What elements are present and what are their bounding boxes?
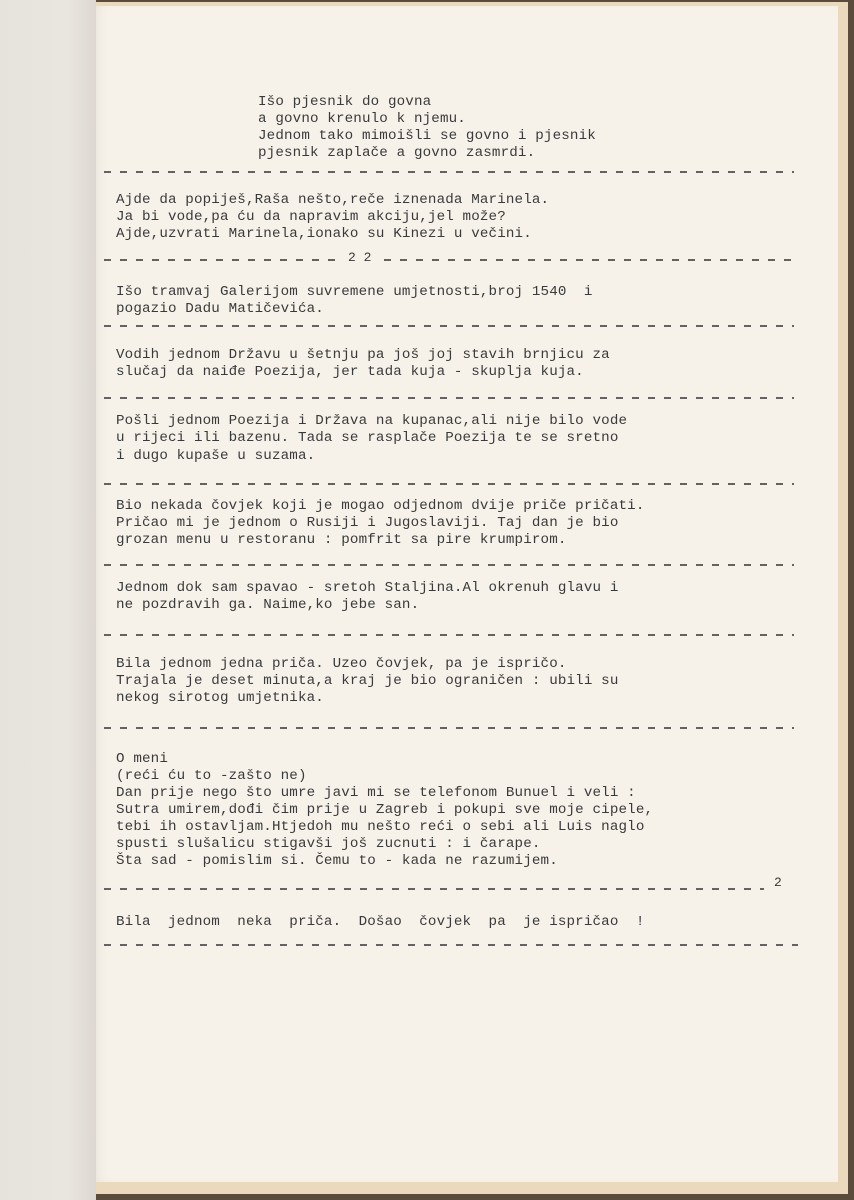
story-line: ne pozdravih ga. Naime,ko jebe san. — [116, 597, 419, 613]
story-line: Jednom dok sam spavao - sretoh Staljina.… — [116, 580, 619, 596]
poem-line: Jednom tako mimoišli se govno i pjesnik — [258, 128, 596, 144]
story-line: grozan menu u restoranu : pomfrit sa pir… — [116, 532, 567, 548]
story-line: Bila jednom jedna priča. Uzeo čovjek, pa… — [116, 656, 567, 672]
facing-page — [0, 0, 96, 1200]
story-line: Dan prije nego što umre javi mi se telef… — [116, 785, 636, 801]
story-line: Pričao mi je jednom o Rusiji i Jugoslavi… — [116, 515, 619, 531]
story-line: Išo tramvaj Galerijom suvremene umjetnos… — [116, 284, 593, 300]
story-line: tebi ih ostavljam.Htjedoh mu nešto reći … — [116, 819, 645, 835]
page-mark: 2 — [774, 876, 782, 890]
story-line: Bila jednom neka priča. Došao čovjek pa … — [116, 914, 645, 930]
separator — [104, 325, 794, 327]
separator — [104, 564, 794, 566]
story-line: u rijeci ili bazenu. Tada se rasplače Po… — [116, 430, 619, 446]
separator — [104, 259, 344, 261]
separator — [104, 634, 794, 636]
separator — [104, 397, 794, 399]
poem-line: Išo pjesnik do govna — [258, 94, 431, 110]
story-line: i dugo kupaše u suzama. — [116, 448, 315, 464]
story-line: Ja bi vode,pa ću da napravim akciju,jel … — [116, 209, 506, 225]
separator — [384, 259, 794, 261]
page-mark: 2 2 — [348, 251, 371, 265]
story-line: Trajala je deset minuta,a kraj je bio og… — [116, 673, 619, 689]
poem-line: pjesnik zaplače a govno zasmrdi. — [258, 145, 535, 161]
story-line: Ajde da popiješ,Raša nešto,reče iznenada… — [116, 192, 549, 208]
story-line: Bio nekada čovjek koji je mogao odjednom… — [116, 498, 645, 514]
story-line: Sutra umirem,dođi čim prije u Zagreb i p… — [116, 802, 653, 818]
story-title: O meni — [116, 751, 168, 767]
story-line: pogazio Dadu Matičevića. — [116, 301, 324, 317]
separator — [104, 727, 794, 729]
story-line: Ajde,uzvrati Marinela,ionako su Kinezi u… — [116, 226, 532, 242]
story-line: Šta sad - pomislim si. Čemu to - kada ne… — [116, 853, 558, 869]
poem-line: a govno krenulo k njemu. — [258, 111, 466, 127]
separator — [104, 483, 794, 485]
separator — [104, 888, 764, 890]
story-line: slučaj da naiđe Poezija, jer tada kuja -… — [116, 364, 584, 380]
story-line: nekog sirotog umjetnika. — [116, 690, 324, 706]
separator — [104, 944, 798, 946]
separator — [104, 171, 794, 173]
story-line: spusti slušalicu stigavši još zucnuti : … — [116, 836, 541, 852]
story-line: (reći ću to -zašto ne) — [116, 768, 307, 784]
story-line: Pošli jednom Poezija i Država na kupanac… — [116, 413, 627, 429]
story-line: Vodih jednom Državu u šetnju pa još joj … — [116, 347, 610, 363]
